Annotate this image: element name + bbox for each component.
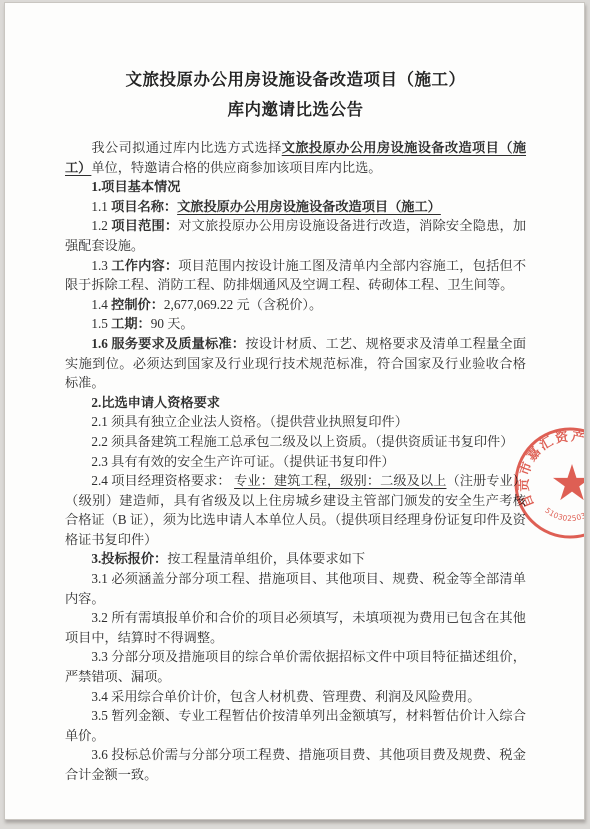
text-segment: 1.项目基本情况 [91, 179, 180, 194]
paragraph: 1.项目基本情况 [65, 177, 526, 197]
paragraph: 3.2 所有需填报单价和合价的项目必须填写，未填项视为费用已包含在其他项目中，结… [65, 608, 526, 647]
text-segment: 1.1 [91, 199, 111, 214]
text-segment: 3.投标报价： [91, 551, 167, 566]
document-title-line-1: 文旅投原办公用房设施设备改造项目（施工） [65, 65, 526, 95]
paragraph: 1.2 项目范围：对文旅投原办公用房设施设备进行改造，消除安全隐患，加强配套设施… [65, 216, 526, 255]
text-segment: 3.1 必须涵盖分部分项工程、措施项目、其他项目、规费、税金等全部清单内容。 [65, 571, 526, 606]
seal-star-icon [553, 464, 585, 500]
document-title: 文旅投原办公用房设施设备改造项目（施工） 库内邀请比选公告 [65, 65, 526, 125]
document-title-line-2: 库内邀请比选公告 [65, 95, 526, 125]
document-body: 我公司拟通过库内比选方式选择文旅投原办公用房设施设备改造项目（施工）单位，特邀请… [65, 138, 526, 785]
text-segment: 2.比选申请人资格要求 [91, 395, 220, 410]
text-segment: 2.4 项目经理资格要求： [91, 473, 234, 488]
text-segment: 专业：建筑工程，级别：二级及以上 [234, 473, 446, 488]
text-segment: 3.6 投标总价需与分部分项工程费、措施项目费、其他项目费及规费、税金合计金额一… [65, 747, 526, 782]
official-seal-stamp: 自贡市嘉汇资产 510302503075 [500, 413, 585, 553]
screenshot-root: 文旅投原办公用房设施设备改造项目（施工） 库内邀请比选公告 我公司拟通过库内比选… [0, 0, 590, 829]
seal-code-text: 510302503075 [543, 503, 585, 523]
paragraph: 2.2 须具备建筑工程施工总承包二级及以上资质。（提供资质证书复印件） [65, 432, 526, 452]
paragraph: 我公司拟通过库内比选方式选择文旅投原办公用房设施设备改造项目（施工）单位，特邀请… [65, 138, 526, 177]
text-segment: 3.5 暂列金额、专业工程暂估价按清单列出金额填写，材料暂估价计入综合单价。 [65, 708, 526, 743]
text-segment: 1.3 [91, 258, 111, 273]
text-segment: 1.4 [91, 297, 111, 312]
text-segment: 90 天。 [151, 316, 194, 331]
text-segment: 3.4 采用综合单价计价，包含人材机费、管理费、利润及风险费用。 [91, 689, 480, 704]
paragraph: 1.3 工作内容：项目范围内按设计施工图及清单内全部内容施工，包括但不限于拆除工… [65, 256, 526, 295]
paragraph: 2.比选申请人资格要求 [65, 393, 526, 413]
text-segment: 2,677,069.22 元（含税价）。 [164, 297, 322, 312]
text-segment: 工作内容： [111, 258, 178, 273]
paragraph: 1.1 项目名称：文旅投原办公用房设施设备改造项目（施工） [65, 197, 526, 217]
scanned-document-page: 文旅投原办公用房设施设备改造项目（施工） 库内邀请比选公告 我公司拟通过库内比选… [4, 2, 585, 820]
text-segment: 按工程量清单组价，具体要求如下 [167, 551, 365, 566]
text-segment: 文旅投原办公用房设施设备改造项目（施工） [177, 199, 441, 214]
document-content: 文旅投原办公用房设施设备改造项目（施工） 库内邀请比选公告 我公司拟通过库内比选… [5, 3, 584, 785]
paragraph: 3.4 采用综合单价计价，包含人材机费、管理费、利润及风险费用。 [65, 687, 526, 707]
paragraph: 2.3 具有有效的安全生产许可证。（提供证书复印件） [65, 452, 526, 472]
text-segment: 1.2 [91, 218, 111, 233]
text-segment: 2.2 须具备建筑工程施工总承包二级及以上资质。（提供资质证书复印件） [91, 434, 513, 449]
paragraph: 2.1 须具有独立企业法人资格。（提供营业执照复印件） [65, 412, 526, 432]
paragraph: 3.3 分部分项及措施项目的综合单价需依据招标文件中项目特征描述组价，严禁错项、… [65, 647, 526, 686]
paragraph: 2.4 项目经理资格要求： 专业：建筑工程，级别：二级及以上（注册专业）（级别）… [65, 471, 526, 549]
text-segment: 3.3 分部分项及措施项目的综合单价需依据招标文件中项目特征描述组价，严禁错项、… [65, 649, 526, 684]
text-segment: 2.3 具有有效的安全生产许可证。（提供证书复印件） [91, 454, 394, 469]
paragraph: 3.6 投标总价需与分部分项工程费、措施项目费、其他项目费及规费、税金合计金额一… [65, 745, 526, 784]
text-segment: 单位，特邀请合格的供应商参加该项目库内比选。 [91, 160, 381, 175]
text-segment: 1.5 [91, 316, 111, 331]
paragraph: 1.5 工期：90 天。 [65, 314, 526, 334]
text-segment: 工期： [111, 316, 151, 331]
text-segment: 1.6 服务要求及质量标准： [91, 336, 245, 351]
text-segment: 项目范围： [111, 218, 178, 233]
text-segment: 2.1 须具有独立企业法人资格。（提供营业执照复印件） [91, 414, 408, 429]
text-segment: 项目名称： [111, 199, 177, 214]
paragraph: 3.1 必须涵盖分部分项工程、措施项目、其他项目、规费、税金等全部清单内容。 [65, 569, 526, 608]
paragraph: 3.投标报价：按工程量清单组价，具体要求如下 [65, 549, 526, 569]
text-segment: 控制价： [111, 297, 164, 312]
seal-organization-text: 自贡市嘉汇资产 [516, 428, 585, 510]
paragraph: 1.6 服务要求及质量标准：按设计材质、工艺、规格要求及清单工程量全面实施到位。… [65, 334, 526, 393]
text-segment: 我公司拟通过库内比选方式选择 [91, 140, 281, 155]
paragraph: 3.5 暂列金额、专业工程暂估价按清单列出金额填写，材料暂估价计入综合单价。 [65, 706, 526, 745]
paragraph: 1.4 控制价：2,677,069.22 元（含税价）。 [65, 295, 526, 315]
text-segment: 3.2 所有需填报单价和合价的项目必须填写，未填项视为费用已包含在其他项目中，结… [65, 610, 526, 645]
